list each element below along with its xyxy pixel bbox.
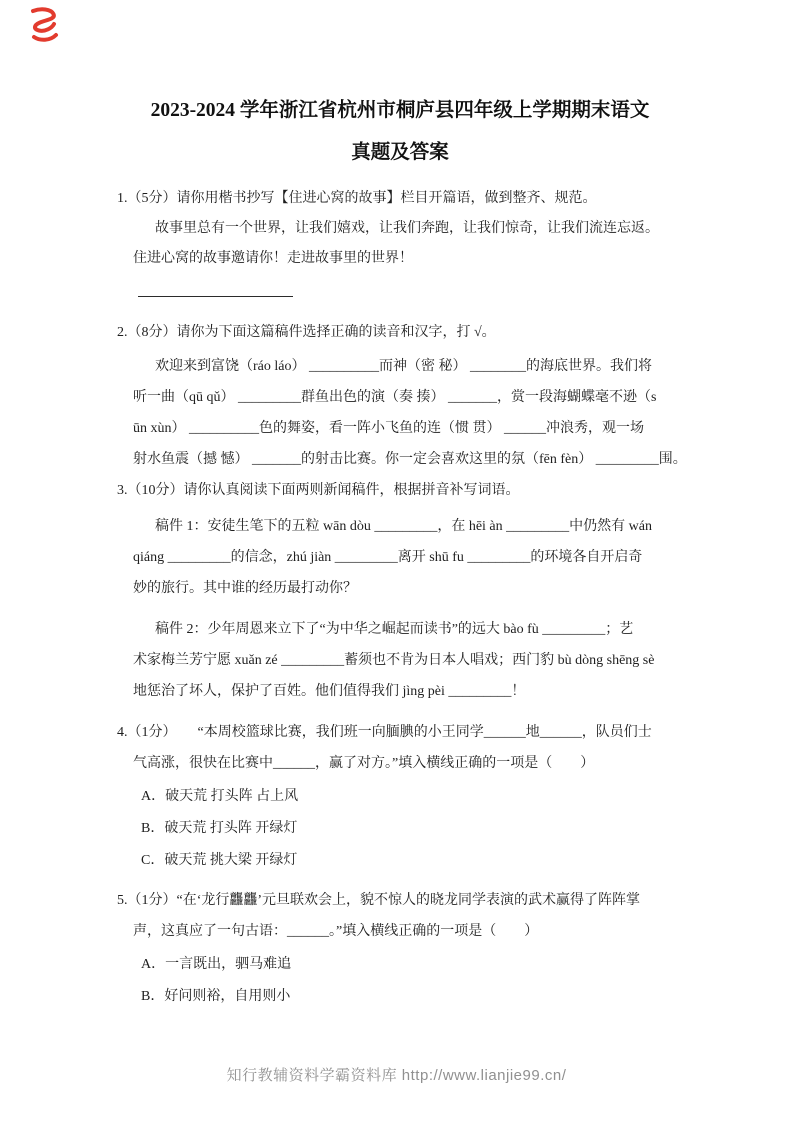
- question-5-stem-continued: 声，这真应了一句古语：______。”填入横线正确的一项是（ ）: [133, 916, 683, 947]
- option-b: B．破天荒 打头阵 开绿灯: [141, 813, 683, 845]
- option-a: A．一言既出，驷马难追: [141, 949, 683, 981]
- question-5: 5.（1分）“在‘龙行龘龘’元旦联欢会上，貌不惊人的晓龙同学表演的武术赢得了阵阵…: [117, 885, 683, 1013]
- option-b: B．好问则裕，自用则小: [141, 981, 683, 1013]
- passage-line: 射水鱼震（撼 憾） _______的射击比赛。你一定会喜欢这里的氛（fēn fè…: [133, 444, 683, 475]
- answer-blank-line: [138, 296, 293, 297]
- passage-line: 妙的旅行。其中谁的经历最打动你？: [133, 573, 683, 604]
- question-4-options: A．破天荒 打头阵 占上风 B．破天荒 打头阵 开绿灯 C．破天荒 挑大梁 开绿…: [117, 781, 683, 877]
- brand-logo-icon: [26, 6, 60, 44]
- question-3: 3.（10分）请你认真阅读下面两则新闻稿件，根据拼音补写词语。 稿件 1：安徒生…: [117, 475, 683, 707]
- exam-paper-page: 2023-2024 学年浙江省杭州市桐庐县四年级上学期期末语文 真题及答案 1.…: [0, 0, 793, 1122]
- page-title: 2023-2024 学年浙江省杭州市桐庐县四年级上学期期末语文 真题及答案: [117, 90, 683, 174]
- question-2: 2.（8分）请你为下面这篇稿件选择正确的读音和汉字，打 √。 欢迎来到富饶（rá…: [117, 317, 683, 475]
- question-3-passage-1: 稿件 1：安徒生笔下的五粒 wān dòu _________，在 hēi àn…: [133, 511, 683, 604]
- passage-line: 稿件 2：少年周恩来立下了“为中华之崛起而读书”的远大 bào fù _____…: [133, 614, 683, 645]
- page-title-line2: 真题及答案: [117, 132, 683, 174]
- question-1-stem: 1.（5分）请你用楷书抄写【住进心窝的故事】栏目开篇语，做到整齐、规范。: [117, 184, 683, 214]
- question-5-options: A．一言既出，驷马难追 B．好问则裕，自用则小: [117, 949, 683, 1013]
- page-title-line1: 2023-2024 学年浙江省杭州市桐庐县四年级上学期期末语文: [117, 90, 683, 132]
- question-2-passage: 欢迎来到富饶（ráo láo） __________而神（密 秘） ______…: [133, 351, 683, 475]
- question-5-stem: 5.（1分）“在‘龙行龘龘’元旦联欢会上，貌不惊人的晓龙同学表演的武术赢得了阵阵…: [117, 885, 683, 916]
- passage-line: 稿件 1：安徒生笔下的五粒 wān dòu _________，在 hēi àn…: [133, 511, 683, 542]
- passage-line: 地惩治了坏人，保护了百姓。他们值得我们 jìng pèi _________！: [133, 676, 683, 707]
- question-4: 4.（1分） “本周校篮球比赛，我们班一向腼腆的小王同学______地_____…: [117, 717, 683, 877]
- passage-line: ūn xùn） __________色的舞姿，看一阵小飞鱼的连（惯 贯） ___…: [133, 413, 683, 444]
- passage-line: qiáng _________的信念，zhú jiàn _________离开 …: [133, 542, 683, 573]
- footer-watermark-text: 知行教辅资料学霸资料库 http://www.lianjie99.cn/: [227, 1067, 567, 1084]
- passage-line: 欢迎来到富饶（ráo láo） __________而神（密 秘） ______…: [133, 351, 683, 382]
- passage-line: 故事里总有一个世界，让我们嬉戏，让我们奔跑，让我们惊奇，让我们流连忘返。: [133, 214, 683, 244]
- option-c: C．破天荒 挑大梁 开绿灯: [141, 845, 683, 877]
- question-1-passage: 故事里总有一个世界，让我们嬉戏，让我们奔跑，让我们惊奇，让我们流连忘返。 住进心…: [133, 214, 683, 274]
- passage-line: 术家梅兰芳宁愿 xuǎn zé _________蓄须也不肯为日本人唱戏；西门豹…: [133, 645, 683, 676]
- question-3-passage-2: 稿件 2：少年周恩来立下了“为中华之崛起而读书”的远大 bào fù _____…: [133, 614, 683, 707]
- question-3-stem: 3.（10分）请你认真阅读下面两则新闻稿件，根据拼音补写词语。: [117, 475, 683, 506]
- question-1: 1.（5分）请你用楷书抄写【住进心窝的故事】栏目开篇语，做到整齐、规范。 故事里…: [117, 184, 683, 297]
- question-4-stem: 4.（1分） “本周校篮球比赛，我们班一向腼腆的小王同学______地_____…: [117, 717, 683, 748]
- option-a: A．破天荒 打头阵 占上风: [141, 781, 683, 813]
- footer-watermark: 知行教辅资料学霸资料库 http://www.lianjie99.cn/: [0, 1064, 793, 1085]
- question-4-stem-continued: 气高涨，很快在比赛中______，赢了对方。”填入横线正确的一项是（ ）: [133, 748, 683, 779]
- question-2-stem: 2.（8分）请你为下面这篇稿件选择正确的读音和汉字，打 √。: [117, 317, 683, 348]
- passage-line: 住进心窝的故事邀请你！走进故事里的世界！: [133, 244, 683, 274]
- passage-line: 听一曲（qū qǔ） _________群鱼出色的演（奏 揍） _______，…: [133, 382, 683, 413]
